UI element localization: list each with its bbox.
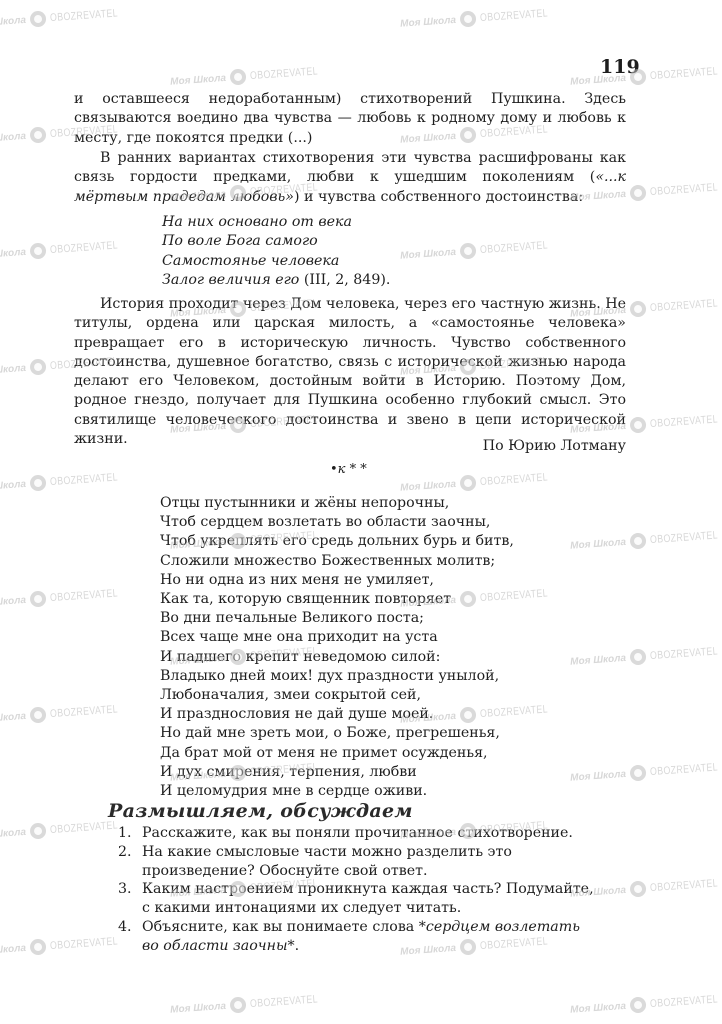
question-text: На какие смысловые части можно разделить…: [142, 843, 598, 881]
poem-line: И целомудрия мне в сердце оживи.: [160, 782, 514, 801]
textbook-page: 119 и оставшееся недоработанным) стихотв…: [0, 0, 722, 1024]
poem-line: Но ни одна из них меня не умиляет,: [160, 571, 514, 590]
question-number: 3.: [118, 880, 142, 918]
question-number: 1.: [118, 824, 142, 843]
poem-line: Любоначалия, змеи сокрытой сей,: [160, 686, 514, 705]
quote-line: По воле Бога самого: [162, 233, 318, 249]
question-text: Объясните, как вы понимаете слова *сердц…: [142, 918, 598, 956]
question-number: 4.: [118, 918, 142, 956]
poem-line: Сложили множество Божественных молитв;: [160, 552, 514, 571]
poem-line: Да брат мой от меня не примет осужденья,: [160, 744, 514, 763]
quote-line: На них основано от века: [162, 214, 352, 230]
poem-line: Всех чаще мне она приходит на уста: [160, 628, 514, 647]
paragraph-2: В ранних вариантах стихотворения эти чув…: [74, 149, 626, 207]
paragraph-2-end: ) и чувства собственного достоинства:: [294, 189, 583, 205]
question-item: 4.Объясните, как вы понимаете слова *сер…: [118, 918, 598, 956]
poem: Отцы пустынники и жёны непорочны,Чтоб се…: [160, 494, 514, 801]
poem-line: И празднословия не дай душе моей.: [160, 705, 514, 724]
questions-list: 1.Расскажите, как вы поняли прочитанное …: [118, 824, 598, 956]
page-number: 119: [600, 56, 640, 78]
poem-line: И дух смирения, терпения, любви: [160, 763, 514, 782]
question-item: 1.Расскажите, как вы поняли прочитанное …: [118, 824, 598, 843]
question-item: 2.На какие смысловые части можно раздели…: [118, 843, 598, 881]
poem-line: Но дай мне зреть мои, о Боже, прегрешень…: [160, 724, 514, 743]
poem-line: Как та, которую священник повторяет: [160, 590, 514, 609]
verse-quote: На них основано от века По воле Бога сам…: [162, 213, 390, 290]
question-text-end: *.: [288, 938, 300, 954]
quote-reference: (III, 2, 849).: [299, 272, 390, 288]
quote-line: Самостоянье человека: [162, 253, 339, 269]
poem-line: Чтоб сердцем возлетать во области заочны…: [160, 513, 514, 532]
poem-title: •к * *: [330, 462, 367, 477]
question-text: Расскажите, как вы поняли прочитанное ст…: [142, 824, 598, 843]
question-number: 2.: [118, 843, 142, 881]
poem-line: Отцы пустынники и жёны непорочны,: [160, 494, 514, 513]
poem-line: Чтоб укреплять его средь дольних бурь и …: [160, 532, 514, 551]
question-text: Каким настроением проникнута каждая част…: [142, 880, 598, 918]
poem-line: Во дни печальные Великого поста;: [160, 609, 514, 628]
section-heading: Размышляем, обсуждаем: [108, 800, 413, 822]
question-item: 3.Каким настроением проникнута каждая ча…: [118, 880, 598, 918]
poem-line: И падшего крепит неведомою силой:: [160, 648, 514, 667]
poem-line: Владыко дней моих! дух праздности унылой…: [160, 667, 514, 686]
quote-line: Залог величия его: [162, 272, 299, 288]
paragraph-3: История проходит через Дом человека, чер…: [74, 295, 626, 449]
attribution: По Юрию Лотману: [483, 438, 626, 454]
paragraph-2-text: В ранних вариантах стихотворения эти чув…: [74, 150, 626, 185]
paragraph-1: и оставшееся недоработанным) стихотворен…: [74, 90, 626, 148]
question-text-start: Объясните, как вы понимаете слова *: [142, 919, 426, 935]
